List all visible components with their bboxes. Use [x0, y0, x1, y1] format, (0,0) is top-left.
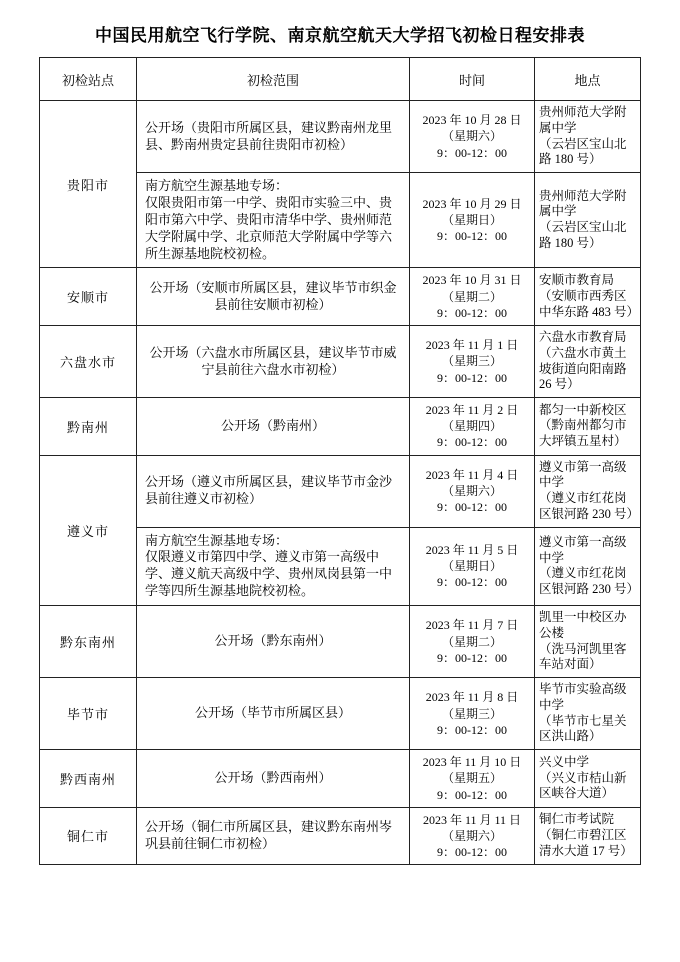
time-date: 2023 年 11 月 7 日	[411, 617, 533, 633]
time-cell: 2023 年 10 月 31 日（星期二）9：00-12：00	[410, 268, 535, 326]
table-row: 黔西南州公开场（黔西南州）2023 年 11 月 10 日（星期五）9：00-1…	[40, 750, 641, 808]
time-weekday: （星期二）	[411, 634, 533, 650]
scope-cell: 南方航空生源基地专场： 仅限遵义市第四中学、遵义市第一高级中学、遵义航天高级中学…	[137, 527, 410, 606]
time-cell: 2023 年 11 月 1 日（星期三）9：00-12：00	[410, 326, 535, 398]
time-date: 2023 年 10 月 29 日	[411, 196, 533, 212]
time-date: 2023 年 11 月 11 日	[411, 812, 533, 828]
location-cell: 凯里一中校区办公楼 （洗马河凯里客车站对面）	[535, 606, 641, 678]
time-hours: 9：00-12：00	[411, 305, 533, 321]
time-weekday: （星期三）	[411, 353, 533, 369]
header-cell-scope: 初检范围	[137, 58, 410, 101]
time-hours: 9：00-12：00	[411, 499, 533, 515]
time-hours: 9：00-12：00	[411, 844, 533, 860]
time-date: 2023 年 10 月 31 日	[411, 272, 533, 288]
station-cell: 安顺市	[40, 268, 137, 326]
time-cell: 2023 年 11 月 7 日（星期二）9：00-12：00	[410, 606, 535, 678]
table-row: 黔南州公开场（黔南州）2023 年 11 月 2 日（星期四）9：00-12：0…	[40, 398, 641, 456]
time-cell: 2023 年 11 月 4 日（星期六）9：00-12：00	[410, 455, 535, 527]
header-cell-location: 地点	[535, 58, 641, 101]
header-cell-station: 初检站点	[40, 58, 137, 101]
time-cell: 2023 年 11 月 5 日（星期日）9：00-12：00	[410, 527, 535, 606]
time-hours: 9：00-12：00	[411, 145, 533, 161]
document-page: 中国民用航空飞行学院、南京航空航天大学招飞初检日程安排表 初检站点 初检范围 时…	[0, 21, 680, 865]
time-weekday: （星期三）	[411, 706, 533, 722]
page-title: 中国民用航空飞行学院、南京航空航天大学招飞初检日程安排表	[10, 21, 670, 46]
time-date: 2023 年 11 月 5 日	[411, 542, 533, 558]
scope-cell: 公开场（贵阳市所属区县，建议黔南州龙里县、黔南州贵定县前往贵阳市初检）	[137, 101, 410, 173]
time-weekday: （星期六）	[411, 828, 533, 844]
header-row: 初检站点 初检范围 时间 地点	[40, 58, 641, 101]
time-hours: 9：00-12：00	[411, 787, 533, 803]
location-cell: 兴义中学 （兴义市桔山新区峡谷大道）	[535, 750, 641, 808]
time-date: 2023 年 11 月 10 日	[411, 754, 533, 770]
time-weekday: （星期六）	[411, 128, 533, 144]
time-weekday: （星期日）	[411, 212, 533, 228]
time-hours: 9：00-12：00	[411, 574, 533, 590]
station-cell: 遵义市	[40, 455, 137, 606]
header-cell-time: 时间	[410, 58, 535, 101]
station-cell: 铜仁市	[40, 807, 137, 865]
table-row: 贵阳市公开场（贵阳市所属区县，建议黔南州龙里县、黔南州贵定县前往贵阳市初检）20…	[40, 101, 641, 173]
time-date: 2023 年 11 月 2 日	[411, 402, 533, 418]
location-cell: 毕节市实验高级中学 （毕节市七星关区洪山路）	[535, 678, 641, 750]
time-weekday: （星期五）	[411, 770, 533, 786]
time-cell: 2023 年 10 月 29 日（星期日）9：00-12：00	[410, 173, 535, 268]
location-cell: 安顺市教育局 （安顺市西秀区中华东路 483 号）	[535, 268, 641, 326]
time-hours: 9：00-12：00	[411, 434, 533, 450]
table-row: 六盘水市公开场（六盘水市所属区县，建议毕节市威宁县前往六盘水市初检）2023 年…	[40, 326, 641, 398]
time-date: 2023 年 10 月 28 日	[411, 112, 533, 128]
scope-cell: 公开场（黔南州）	[137, 398, 410, 456]
table-row: 遵义市公开场（遵义市所属区县，建议毕节市金沙县前往遵义市初检）2023 年 11…	[40, 455, 641, 527]
time-cell: 2023 年 11 月 10 日（星期五）9：00-12：00	[410, 750, 535, 808]
time-weekday: （星期日）	[411, 558, 533, 574]
time-hours: 9：00-12：00	[411, 650, 533, 666]
table-row: 毕节市公开场（毕节市所属区县）2023 年 11 月 8 日（星期三）9：00-…	[40, 678, 641, 750]
station-cell: 黔东南州	[40, 606, 137, 678]
time-date: 2023 年 11 月 8 日	[411, 689, 533, 705]
table-row: 黔东南州公开场（黔东南州）2023 年 11 月 7 日（星期二）9：00-12…	[40, 606, 641, 678]
station-cell: 贵阳市	[40, 101, 137, 268]
time-cell: 2023 年 11 月 2 日（星期四）9：00-12：00	[410, 398, 535, 456]
scope-cell: 公开场（黔东南州）	[137, 606, 410, 678]
schedule-table: 初检站点 初检范围 时间 地点 贵阳市公开场（贵阳市所属区县，建议黔南州龙里县、…	[39, 57, 641, 865]
table-row: 铜仁市公开场（铜仁市所属区县，建议黔东南州岑巩县前往铜仁市初检）2023 年 1…	[40, 807, 641, 865]
scope-cell: 公开场（铜仁市所属区县，建议黔东南州岑巩县前往铜仁市初检）	[137, 807, 410, 865]
station-cell: 黔西南州	[40, 750, 137, 808]
scope-cell: 公开场（安顺市所属区县，建议毕节市织金县前往安顺市初检）	[137, 268, 410, 326]
location-cell: 都匀一中新校区 （黔南州都匀市大坪镇五星村）	[535, 398, 641, 456]
time-hours: 9：00-12：00	[411, 722, 533, 738]
scope-cell: 公开场（黔西南州）	[137, 750, 410, 808]
table-row: 安顺市公开场（安顺市所属区县，建议毕节市织金县前往安顺市初检）2023 年 10…	[40, 268, 641, 326]
time-date: 2023 年 11 月 4 日	[411, 467, 533, 483]
time-weekday: （星期二）	[411, 289, 533, 305]
time-hours: 9：00-12：00	[411, 228, 533, 244]
location-cell: 六盘水市教育局 （六盘水市黄土坡街道向阳南路 26 号）	[535, 326, 641, 398]
location-cell: 遵义市第一高级中学 （遵义市红花岗区银河路 230 号）	[535, 455, 641, 527]
time-hours: 9：00-12：00	[411, 370, 533, 386]
time-cell: 2023 年 11 月 11 日（星期六）9：00-12：00	[410, 807, 535, 865]
station-cell: 毕节市	[40, 678, 137, 750]
time-weekday: （星期六）	[411, 483, 533, 499]
location-cell: 贵州师范大学附属中学 （云岩区宝山北路 180 号）	[535, 173, 641, 268]
time-weekday: （星期四）	[411, 418, 533, 434]
station-cell: 六盘水市	[40, 326, 137, 398]
location-cell: 遵义市第一高级中学 （遵义市红花岗区银河路 230 号）	[535, 527, 641, 606]
scope-cell: 南方航空生源基地专场： 仅限贵阳市第一中学、贵阳市实验三中、贵阳市第六中学、贵阳…	[137, 173, 410, 268]
location-cell: 贵州师范大学附属中学 （云岩区宝山北路 180 号）	[535, 101, 641, 173]
scope-cell: 公开场（遵义市所属区县，建议毕节市金沙县前往遵义市初检）	[137, 455, 410, 527]
scope-cell: 公开场（六盘水市所属区县，建议毕节市威宁县前往六盘水市初检）	[137, 326, 410, 398]
scope-cell: 公开场（毕节市所属区县）	[137, 678, 410, 750]
time-cell: 2023 年 10 月 28 日（星期六）9：00-12：00	[410, 101, 535, 173]
time-date: 2023 年 11 月 1 日	[411, 337, 533, 353]
time-cell: 2023 年 11 月 8 日（星期三）9：00-12：00	[410, 678, 535, 750]
station-cell: 黔南州	[40, 398, 137, 456]
location-cell: 铜仁市考试院 （铜仁市碧江区清水大道 17 号）	[535, 807, 641, 865]
